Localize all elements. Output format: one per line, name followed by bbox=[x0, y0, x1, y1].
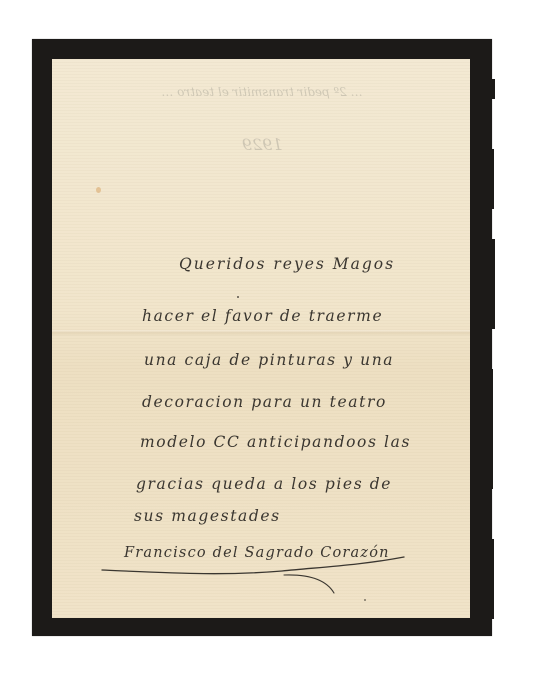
mourning-bordered-sheet: … 2º pedir transmitir el teatro … 1929 Q… bbox=[32, 39, 492, 636]
signature-flourish bbox=[52, 59, 470, 618]
letter-paper: … 2º pedir transmitir el teatro … 1929 Q… bbox=[52, 59, 470, 618]
torn-edge bbox=[490, 39, 496, 636]
